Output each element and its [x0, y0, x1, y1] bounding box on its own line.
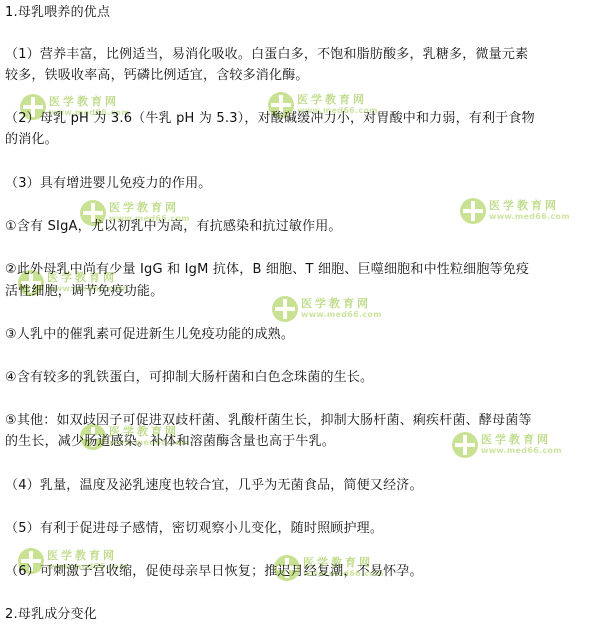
watermark-logo-icon — [272, 296, 298, 322]
section-heading-2: 2.母乳成分变化 — [5, 607, 97, 623]
paragraph-1-line-2: 较多，铁吸收率高，钙磷比例适宜，含较多消化酶。 — [5, 68, 309, 84]
subpoint-5-line-1: ⑤其他：如双歧因子可促进双歧杆菌、乳酸杆菌生长，抑制大肠杆菌、痢疾杆菌、酵母菌等 — [5, 413, 532, 429]
paragraph-5: （5）有利于促进母子感情，密切观察小儿变化，随时照顾护理。 — [5, 521, 383, 537]
watermark: 医学教育网www.med66.com — [460, 198, 570, 224]
section-heading-1: 1.母乳喂养的优点 — [5, 5, 110, 21]
watermark: 医学教育网www.med66.com — [452, 432, 562, 458]
paragraph-1-line-1: （1）营养丰富，比例适当，易消化吸收。白蛋白多，不饱和脂肪酸多，乳糖多，微量元素 — [5, 47, 528, 63]
subpoint-4: ④含有较多的乳铁蛋白，可抑制大肠杆菌和白色念珠菌的生长。 — [5, 370, 373, 386]
subpoint-2-line-2: 活性细胞，调节免疫功能。 — [5, 284, 163, 300]
paragraph-6: （6）可刺激子宫收缩，促使母亲早日恢复；推迟月经复潮，不易怀孕。 — [5, 564, 423, 580]
document-page: 医学教育网www.med66.com 医学教育网www.med66.com 医学… — [0, 0, 613, 630]
subpoint-1: ①含有 SIgA，尤以初乳中为高，有抗感染和抗过敏作用。 — [5, 219, 342, 235]
watermark-logo-icon — [452, 432, 478, 458]
subpoint-3: ③人乳中的催乳素可促进新生儿免疫功能的成熟。 — [5, 327, 294, 343]
paragraph-2-line-1: （2）母乳 pH 为 3.6（牛乳 pH 为 5.3），对酸碱缓冲力小，对胃酸中… — [5, 111, 535, 127]
subpoint-5-line-2: 的生长，减少肠道感染。补体和溶菌酶含量也高于牛乳。 — [5, 434, 335, 450]
paragraph-3: （3）具有增进婴儿免疫力的作用。 — [5, 176, 211, 192]
paragraph-4: （4）乳量，温度及泌乳速度也较合宜，几乎为无菌食品，简便又经济。 — [5, 478, 423, 494]
subpoint-2-line-1: ②此外母乳中尚有少量 IgG 和 IgM 抗体，B 细胞、T 细胞、巨噬细胞和中… — [5, 262, 529, 278]
watermark: 医学教育网www.med66.com — [272, 296, 382, 322]
watermark-logo-icon — [460, 198, 486, 224]
paragraph-2-line-2: 的消化。 — [5, 132, 58, 148]
